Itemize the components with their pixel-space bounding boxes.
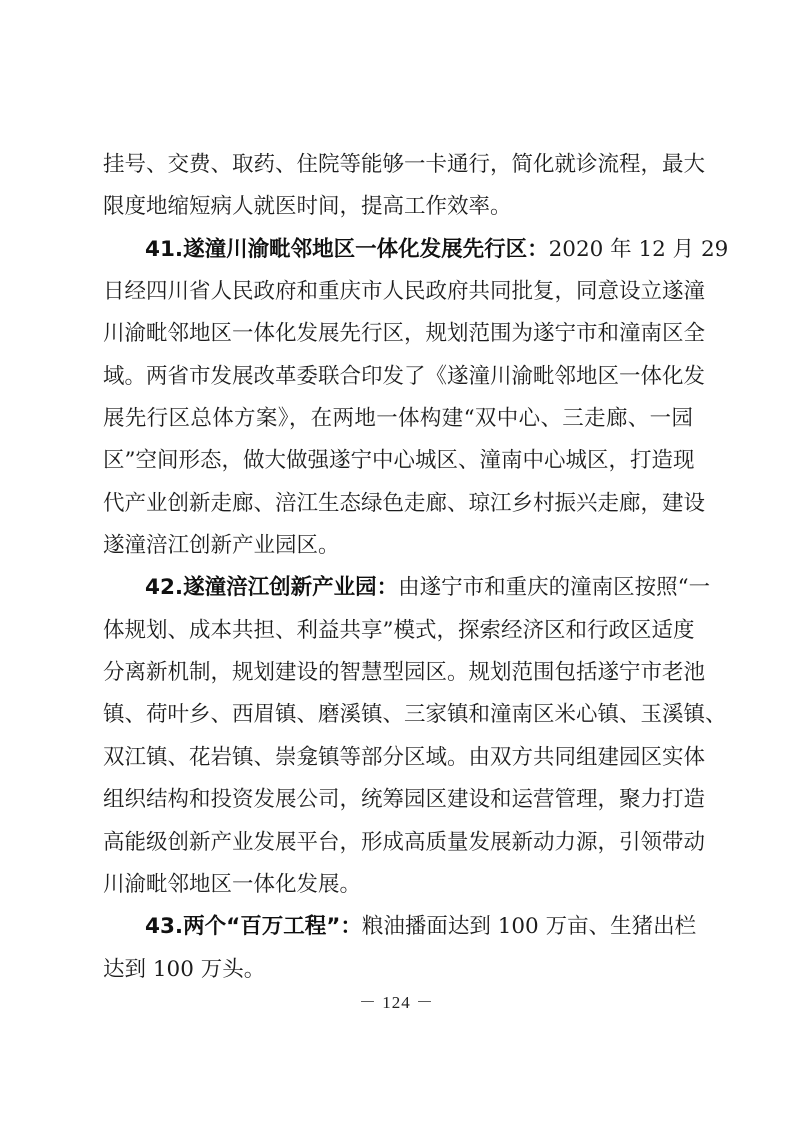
text-line: 遂潼涪江创新产业园区。	[103, 525, 693, 567]
document-page: 挂号、交费、取药、住院等能够一卡通行，简化就诊流程，最大 限度地缩短病人就医时间…	[0, 0, 793, 1122]
text-line: 挂号、交费、取药、住院等能够一卡通行，简化就诊流程，最大	[103, 144, 693, 186]
text-line: 高能级创新产业发展平台，形成高质量发展新动力源，引领带动	[103, 822, 693, 864]
item-43-heading: 43.两个“百万工程”：	[145, 914, 362, 939]
item-42-first-line: 42.遂潼涪江创新产业园：由遂宁市和重庆的潼南区按照“一	[103, 567, 693, 609]
item-42-heading: 42.遂潼涪江创新产业园：	[145, 575, 398, 600]
text-line: 体规划、成本共担、利益共享”模式，探索经济区和行政区适度	[103, 610, 693, 652]
text-line: 川渝毗邻地区一体化发展。	[103, 864, 693, 906]
text-line: 分离新机制，规划建设的智慧型园区。规划范围包括遂宁市老池	[103, 652, 693, 694]
text-line: 双江镇、花岩镇、崇龛镇等部分区域。由双方共同组建园区实体	[103, 737, 693, 779]
text-line: 日经四川省人民政府和重庆市人民政府共同批复，同意设立遂潼	[103, 271, 693, 313]
text-line: 域。两省市发展改革委联合印发了《遂潼川渝毗邻地区一体化发	[103, 356, 693, 398]
body-text: 挂号、交费、取药、住院等能够一卡通行，简化就诊流程，最大 限度地缩短病人就医时间…	[103, 144, 693, 991]
text-line: 镇、荷叶乡、西眉镇、磨溪镇、三家镇和潼南区米心镇、玉溪镇、	[103, 694, 693, 736]
text-line: 达到 100 万头。	[103, 949, 693, 991]
item-41-first-line: 41.遂潼川渝毗邻地区一体化发展先行区：2020 年 12 月 29	[103, 229, 693, 271]
text-line: 展先行区总体方案》，在两地一体构建“双中心、三走廊、一园	[103, 398, 693, 440]
text-line: 限度地缩短病人就医时间，提高工作效率。	[103, 186, 693, 228]
item-41-heading: 41.遂潼川渝毗邻地区一体化发展先行区：	[145, 237, 549, 262]
item-43-first-line: 43.两个“百万工程”：粮油播面达到 100 万亩、生猪出栏	[103, 906, 693, 948]
text-span: 由遂宁市和重庆的潼南区按照“一	[398, 575, 710, 600]
text-line: 代产业创新走廊、涪江生态绿色走廊、琼江乡村振兴走廊，建设	[103, 483, 693, 525]
text-span: 粮油播面达到 100 万亩、生猪出栏	[362, 914, 696, 939]
text-line: 区”空间形态，做大做强遂宁中心城区、潼南中心城区，打造现	[103, 440, 693, 482]
text-span: 2020 年 12 月 29	[549, 237, 729, 262]
text-line: 川渝毗邻地区一体化发展先行区，规划范围为遂宁市和潼南区全	[103, 313, 693, 355]
page-number: － 124 －	[0, 988, 793, 1013]
text-line: 组织结构和投资发展公司，统筹园区建设和运营管理，聚力打造	[103, 779, 693, 821]
